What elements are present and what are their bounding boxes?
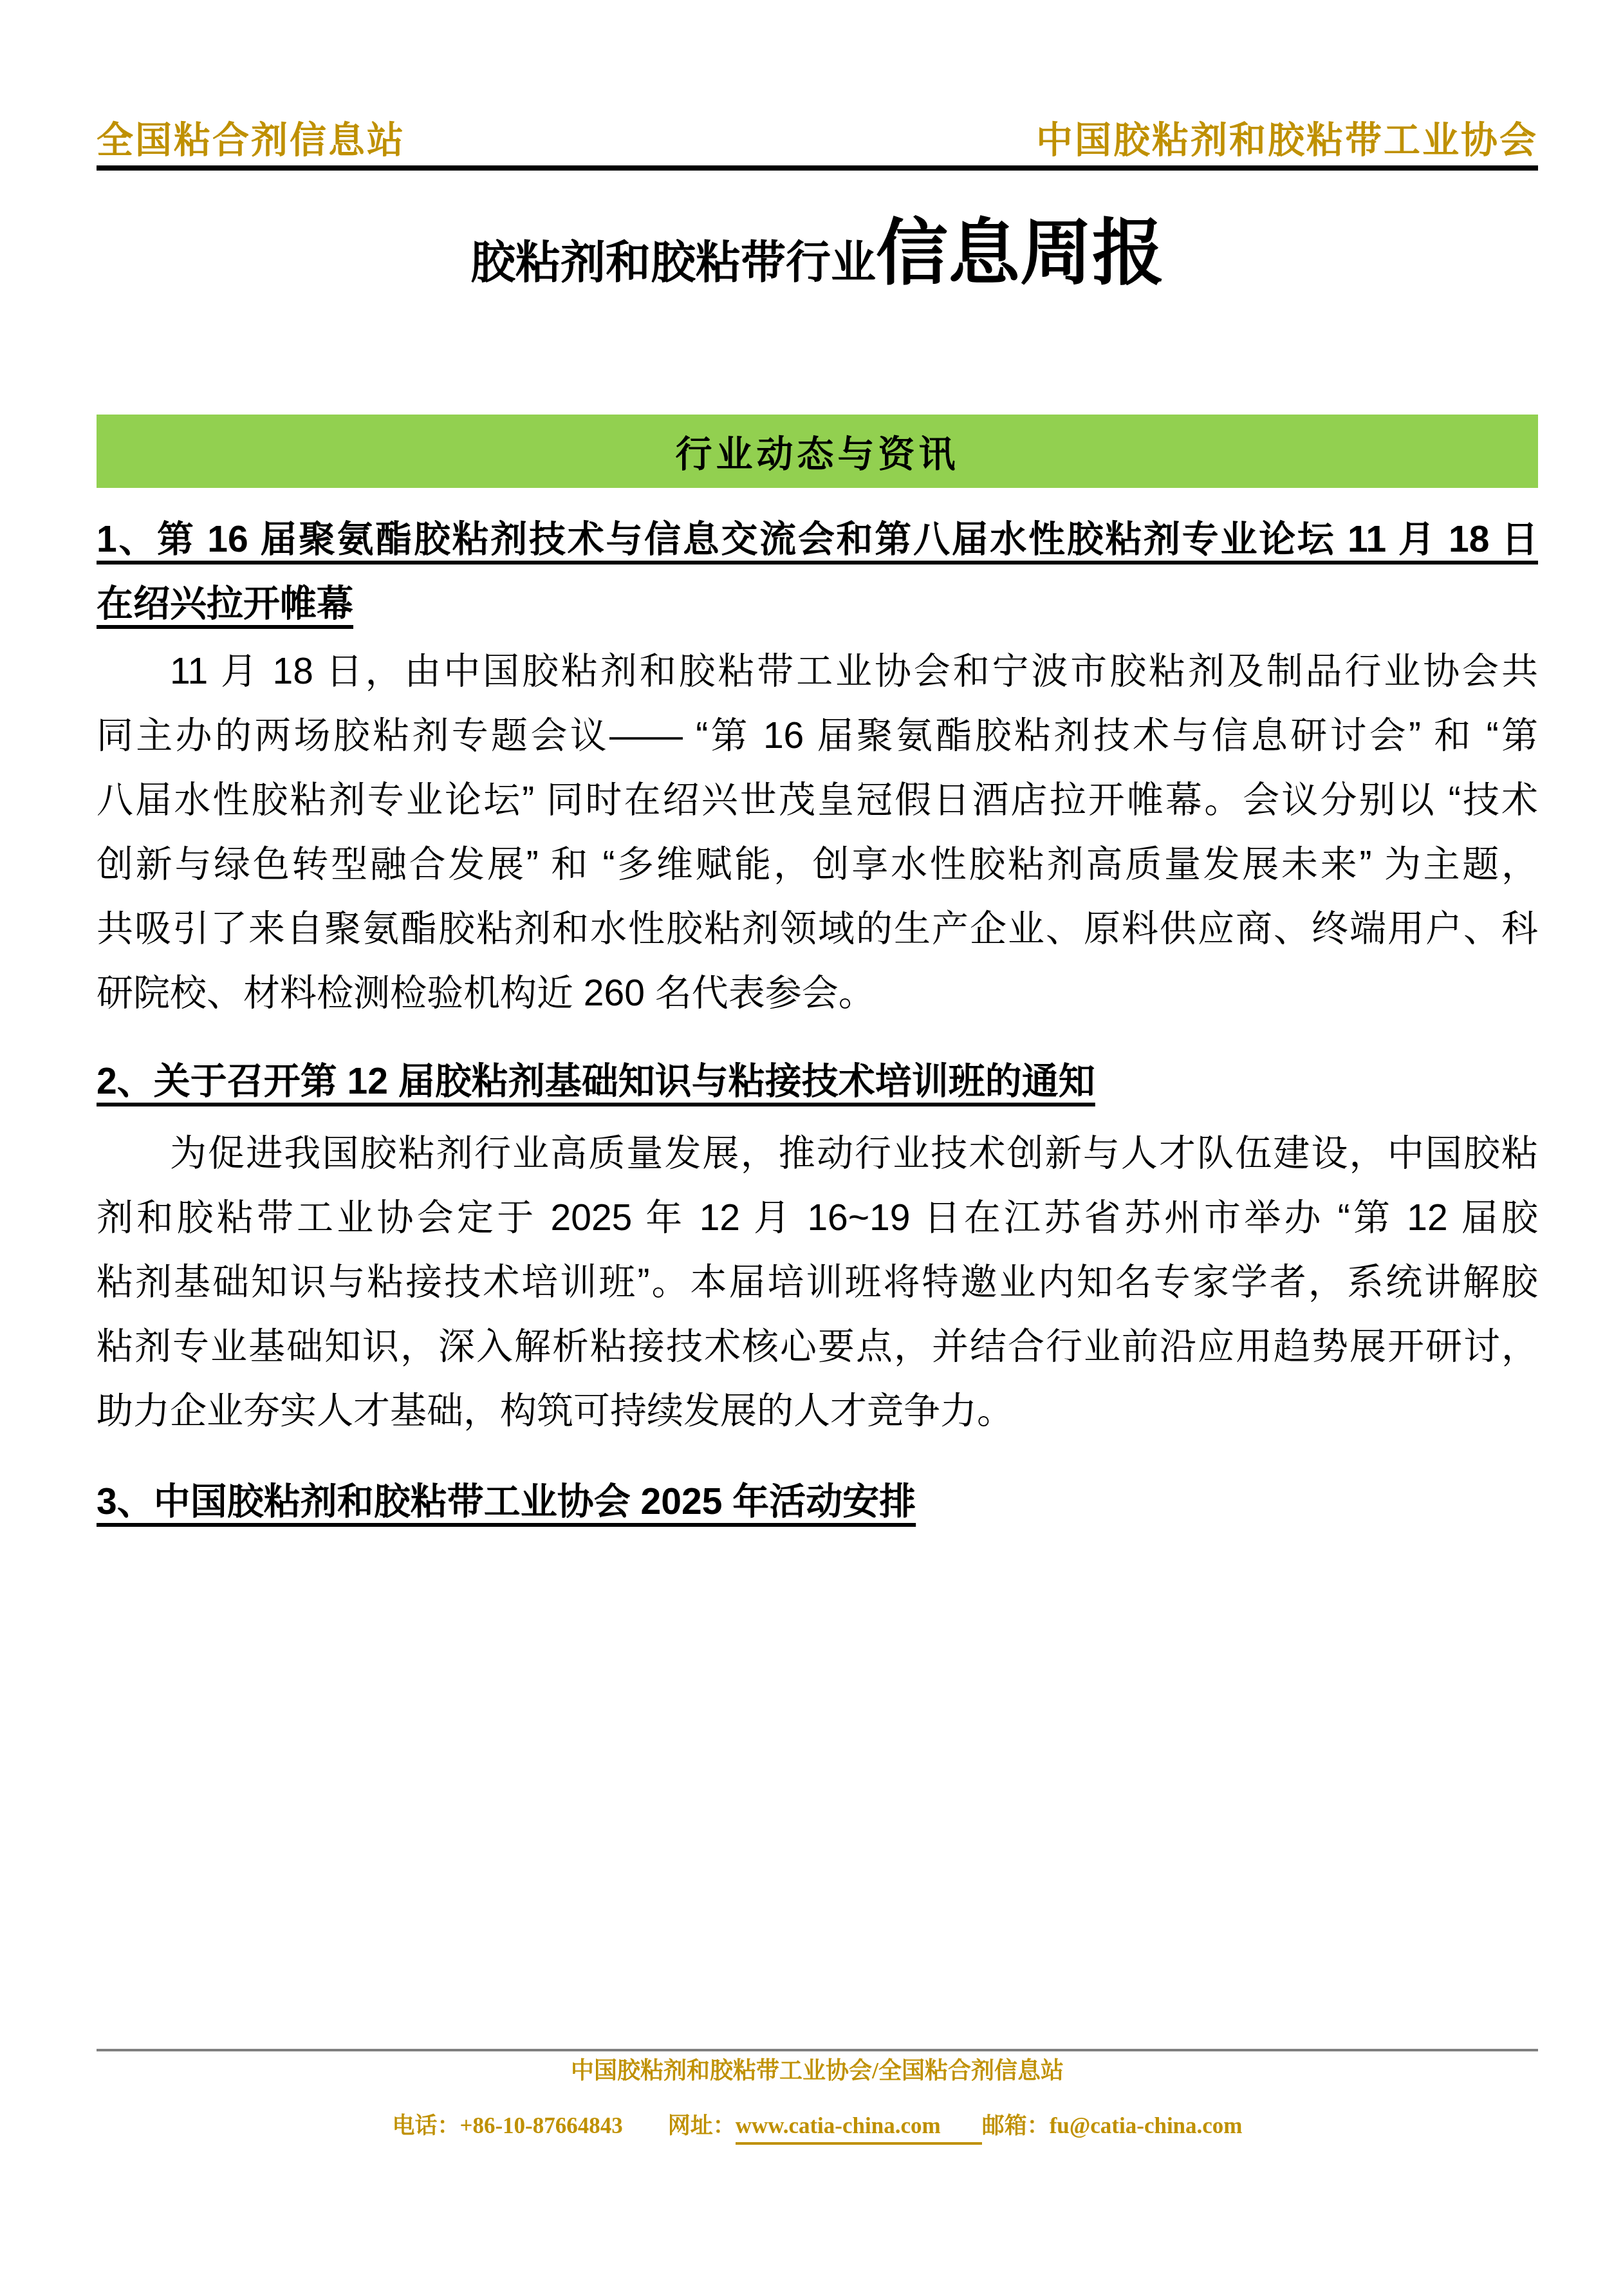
footer-org-line: 中国胶粘剂和胶粘带工业协会/全国粘合剂信息站 bbox=[97, 2057, 1538, 2085]
paragraph-line: 为促进我国胶粘剂行业高质量发展，推动行业技术创新与人才队伍建设，中国胶粘 bbox=[97, 1121, 1538, 1186]
paragraph-line: 11 月 18 日，由中国胶粘剂和胶粘带工业协会和宁波市胶粘剂及制品行业协会共 bbox=[97, 639, 1538, 704]
phone-number: +86-10-87664843 bbox=[459, 2113, 622, 2140]
header-left-org: 全国粘合剂信息站 bbox=[97, 122, 405, 159]
heading-line: 2、关于召开第 12 届胶粘剂基础知识与粘接技术培训班的通知 bbox=[97, 1049, 1095, 1114]
section-1-heading: 1、第 16 届聚氨酯胶粘剂技术与信息交流会和第八届水性胶粘剂专业论坛 11 月… bbox=[97, 507, 1538, 636]
paragraph-line: 剂和胶粘带工业协会定于 2025 年 12 月 16~19 日在江苏省苏州市举办… bbox=[97, 1186, 1538, 1250]
paragraph-line: 创新与绿色转型融合发展” 和 “多维赋能，创享水性胶粘剂高质量发展未来” 为主题… bbox=[97, 832, 1538, 897]
email-address: fu@catia-china.com bbox=[1050, 2113, 1243, 2140]
section-3-heading: 3、中国胶粘剂和胶粘带工业协会 2025 年活动安排 bbox=[97, 1470, 1538, 1534]
header-right-org: 中国胶粘剂和胶粘带工业协会 bbox=[1036, 122, 1538, 159]
paragraph-line: 共吸引了来自聚氨酯胶粘剂和水性胶粘剂领域的生产企业、原料供应商、终端用户、科 bbox=[97, 897, 1538, 961]
website-url-link[interactable]: www.catia-china.com bbox=[736, 2113, 982, 2145]
paragraph-line: 八届水性胶粘剂专业论坛” 同时在绍兴世茂皇冠假日酒店拉开帷幕。会议分别以 “技术 bbox=[97, 768, 1538, 832]
page-header: 全国粘合剂信息站 中国胶粘剂和胶粘带工业协会 bbox=[97, 122, 1538, 171]
paragraph-line: 研院校、材料检测检验机构近 260 名代表参会。 bbox=[97, 961, 1538, 1025]
phone-label: 电话： bbox=[392, 2113, 459, 2140]
section-2-heading: 2、关于召开第 12 届胶粘剂基础知识与粘接技术培训班的通知 bbox=[97, 1049, 1538, 1114]
title-main: 信息周报 bbox=[876, 213, 1164, 294]
website-label: 网址： bbox=[668, 2113, 736, 2140]
paragraph-line: 同主办的两场胶粘剂专题会议—— “第 16 届聚氨酯胶粘剂技术与信息研讨会” 和… bbox=[97, 704, 1538, 768]
banner-label: 行业动态与资讯 bbox=[676, 425, 960, 478]
paragraph-line: 粘剂专业基础知识，深入解析粘接技术核心要点，并结合行业前沿应用趋势展开研讨， bbox=[97, 1314, 1538, 1379]
section-2-paragraph: 为促进我国胶粘剂行业高质量发展，推动行业技术创新与人才队伍建设，中国胶粘 剂和胶… bbox=[97, 1121, 1538, 1443]
section-banner: 行业动态与资讯 bbox=[97, 415, 1538, 488]
footer-contact-line: 电话：+86-10-87664843网址：www.catia-china.com… bbox=[97, 2113, 1538, 2145]
document-title: 胶粘剂和胶粘带行业信息周报 bbox=[97, 218, 1538, 290]
heading-line: 在绍兴拉开帷幕 bbox=[97, 572, 353, 636]
title-prefix: 胶粘剂和胶粘带行业 bbox=[470, 238, 876, 288]
paragraph-line: 粘剂基础知识与粘接技术培训班”。本届培训班将特邀业内知名专家学者，系统讲解胶 bbox=[97, 1250, 1538, 1314]
heading-line: 1、第 16 届聚氨酯胶粘剂技术与信息交流会和第八届水性胶粘剂专业论坛 11 月… bbox=[97, 507, 1538, 572]
section-1-paragraph: 11 月 18 日，由中国胶粘剂和胶粘带工业协会和宁波市胶粘剂及制品行业协会共 … bbox=[97, 639, 1538, 1025]
email-label: 邮箱： bbox=[982, 2113, 1050, 2140]
document-page: 全国粘合剂信息站 中国胶粘剂和胶粘带工业协会 胶粘剂和胶粘带行业信息周报 行业动… bbox=[0, 0, 1623, 2296]
footer-divider bbox=[97, 2049, 1538, 2051]
paragraph-line: 助力企业夯实人才基础，构筑可持续发展的人才竞争力。 bbox=[97, 1379, 1538, 1443]
heading-line: 3、中国胶粘剂和胶粘带工业协会 2025 年活动安排 bbox=[97, 1470, 916, 1534]
